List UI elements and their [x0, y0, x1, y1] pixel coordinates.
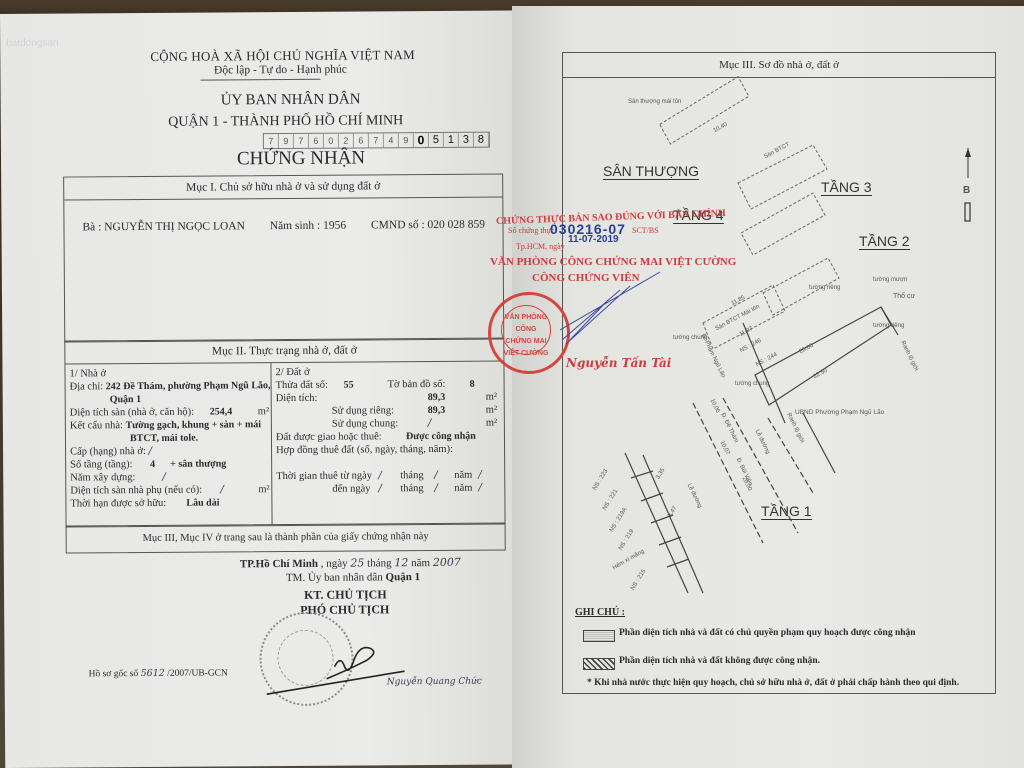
- old-land-label: Thổ cư: [893, 293, 915, 300]
- footnote: * Khi nhà nước thực hiện quy hoạch, chủ …: [587, 678, 959, 688]
- notary-seal: VĂN PHÒNG CÔNG CHỨNG MAI VIỆT CƯỜNG: [488, 292, 570, 374]
- notes-heading: GHI CHÚ :: [575, 607, 625, 618]
- label: Đất được giao hoặc thuê:: [276, 431, 382, 443]
- notary-name: Nguyễn Tấn Tài: [566, 356, 671, 370]
- floor-label-3: TẦNG 3: [821, 179, 872, 196]
- serial-digit: 4: [384, 133, 399, 147]
- aux-area-value: /: [220, 483, 224, 496]
- address-value: 242 Đề Thám, phường Phạm Ngũ Lão,: [106, 380, 271, 392]
- section-property: Mục II. Thực trạng nhà ở, đất ở 1/ Nhà ở…: [64, 337, 505, 527]
- shared-wall-label: tường chung: [735, 381, 769, 387]
- label: Hồ sơ gốc số: [89, 669, 139, 679]
- label: năm: [454, 469, 472, 482]
- own-wall-label: tường riêng: [873, 323, 904, 329]
- issue-date-line: TP.Hồ Chí Minh , ngày 25 tháng 12 năm 20…: [240, 556, 461, 571]
- notary-date-label: Tp.HCM, ngày: [516, 242, 565, 251]
- label: Cấp (hạng) nhà ở:: [70, 446, 146, 458]
- district: Quận 1: [385, 571, 420, 583]
- floor-label-1: TẦNG 1: [761, 503, 812, 520]
- serial-digit: 6: [354, 133, 369, 147]
- serial-digit: 9: [279, 134, 294, 148]
- label: Diện tích sàn (nhà ở, căn hộ):: [70, 407, 194, 419]
- country-name: CỘNG HOÀ XÃ HỘI CHỦ NGHĨA VIỆT NAM: [150, 47, 410, 65]
- year-value: 2007: [433, 556, 461, 569]
- label: Diện tích:: [276, 393, 318, 404]
- plot-value: 55: [344, 379, 354, 392]
- on-behalf-line: TM. Ủy ban nhân dân Quận 1: [286, 571, 420, 584]
- label: tháng: [400, 482, 423, 495]
- label: Diện tích sàn nhà phụ (nếu có):: [70, 485, 202, 497]
- grade-value: /: [148, 445, 152, 457]
- label: Sử dụng riêng:: [332, 404, 394, 417]
- rooftop-note: Sân thượng mái tôn: [628, 99, 681, 105]
- notary-office: VĂN PHÒNG CÔNG CHỨNG MAI VIỆT CƯỜNG: [490, 256, 736, 268]
- value: /: [434, 482, 438, 495]
- serial-digit: 3: [459, 133, 474, 147]
- unit: m²: [258, 405, 269, 418]
- serial-digit: 2: [339, 134, 354, 148]
- on-behalf: TM. Ủy ban nhân dân: [286, 571, 383, 584]
- label: Số tầng (tầng):: [70, 459, 132, 470]
- label: tháng: [400, 469, 423, 482]
- signer-role-1: KT. CHỦ TỊCH: [304, 587, 387, 603]
- unit: m²: [486, 404, 497, 417]
- notary-cert-suffix: SCT/BS: [632, 226, 659, 235]
- serial-digit: 9: [399, 133, 414, 147]
- value: /: [378, 482, 382, 495]
- notary-date: 11-07-2019: [568, 234, 619, 245]
- value: /: [478, 469, 482, 482]
- tenure-value: Lâu dài: [186, 496, 219, 509]
- legend-item-1: Phần diện tích nhà và đất có chủ quyền p…: [619, 628, 916, 638]
- document-title: CHỨNG NHẬN: [201, 147, 401, 170]
- shared-area-value: /: [428, 417, 432, 430]
- section-note: Mục III, Mục IV ở trang sau là thành phầ…: [66, 522, 506, 553]
- address-value: Quận 1: [110, 394, 141, 405]
- file-number: 5612: [141, 668, 165, 679]
- label: Tờ bản đồ số:: [388, 378, 446, 391]
- value: /: [434, 469, 438, 482]
- label: Sử dụng chung:: [332, 417, 398, 430]
- label: , ngày: [321, 558, 348, 570]
- label: năm: [454, 482, 472, 495]
- ward-office-label: UBND Phường Phạm Ngũ Lão: [795, 409, 884, 416]
- label: Thời hạn được sở hữu:: [70, 498, 166, 510]
- allocation-value: Được công nhận: [406, 430, 476, 443]
- place: TP.Hồ Chí Minh: [240, 558, 318, 571]
- label: Kết cấu nhà:: [70, 420, 123, 431]
- borrowed-wall-label: tường mượn: [873, 277, 907, 283]
- serial-digit: 0: [414, 133, 429, 147]
- serial-digit: 1: [444, 133, 459, 147]
- serial-digit: 0: [324, 134, 339, 148]
- label: đến ngày: [332, 482, 370, 495]
- birth-year: Năm sinh : 1956: [270, 220, 346, 233]
- day-value: 25: [350, 556, 364, 569]
- area-value: 89,3: [428, 391, 446, 404]
- year-built-value: /: [162, 471, 166, 484]
- section-title: Mục II. Thực trạng nhà ở, đất ở: [65, 338, 503, 364]
- owner-line: Bà : NGUYỄN THỊ NGỌC LOAN Năm sinh : 195…: [82, 218, 507, 233]
- motto-underline: [200, 79, 320, 81]
- floor-label-rooftop: SÂN THƯỢNG: [603, 163, 699, 180]
- section-title: Mục I. Chủ sở hữu nhà ở và sử dụng đất ở: [64, 174, 502, 200]
- floor-area-value: 254,4: [210, 405, 233, 418]
- serial-digit: 8: [474, 133, 489, 147]
- certificate-front-page: batdongsan CỘNG HOÀ XÃ HỘI CHỦ NGHĨA VIỆ…: [0, 10, 525, 768]
- owner-name: Bà : NGUYỄN THỊ NGỌC LOAN: [82, 220, 244, 233]
- label: Năm xây dựng:: [70, 472, 135, 483]
- authority: ỦY BAN NHÂN DÂN: [171, 91, 411, 110]
- watermark: batdongsan: [6, 38, 58, 49]
- serial-digit: 6: [309, 134, 324, 148]
- floor-label-2: TẦNG 2: [859, 233, 910, 250]
- id-number: CMND số : 020 028 859: [371, 219, 485, 232]
- notary-signature-stroke: [560, 270, 680, 350]
- unit: m²: [258, 483, 269, 496]
- structure-value: BTCT, mái tole.: [130, 433, 198, 444]
- value: /: [478, 482, 482, 495]
- value: /: [378, 469, 382, 482]
- label: tháng: [367, 557, 392, 569]
- serial-digit: 7: [294, 134, 309, 148]
- private-area-value: 89,3: [428, 404, 446, 417]
- file-suffix: /2007/UB-GCN: [167, 668, 228, 678]
- file-reference: Hồ sơ gốc số 5612 /2007/UB-GCN: [89, 667, 228, 679]
- floors-extra: + sân thượng: [170, 457, 226, 470]
- unit: m²: [486, 391, 497, 404]
- notary-seal-text: VĂN PHÒNG CÔNG CHỨNG MAI VIỆT CƯỜNG: [501, 305, 551, 355]
- serial-digit: 7: [264, 134, 279, 148]
- section-site-plan: Mục III. Sơ đồ nhà ở, đất ở: [562, 52, 996, 694]
- floors-value: 4: [150, 458, 155, 471]
- house-details: 1/ Nhà ở Địa chỉ: 242 Đề Thám, phường Ph…: [69, 366, 270, 510]
- district: QUẬN 1 - THÀNH PHỐ HỒ CHÍ MINH: [151, 113, 421, 131]
- motto: Độc lập - Tự do - Hạnh phúc: [190, 63, 370, 76]
- label: Thửa đất số:: [276, 380, 328, 391]
- legend-item-2: Phần diện tích nhà và đất không được côn…: [619, 656, 820, 666]
- serial-digit: 5: [429, 133, 444, 147]
- label: Địa chỉ:: [70, 381, 104, 392]
- map-value: 8: [470, 378, 475, 391]
- legend-swatch-dotted: [583, 630, 615, 642]
- column-divider: [270, 362, 272, 525]
- unit: m²: [486, 417, 497, 430]
- section-owner: Mục I. Chủ sở hữu nhà ở và sử dụng đất ở…: [63, 173, 504, 342]
- month-value: 12: [394, 556, 408, 569]
- label: Thời gian thuê từ ngày: [276, 470, 372, 482]
- legend-swatch-hatched: [583, 658, 615, 670]
- land-details: 2/ Đất ở Thửa đất số:55Tờ bản đồ số:8 Di…: [275, 365, 500, 497]
- own-wall-label: tường riêng: [809, 285, 840, 291]
- north-label: B: [963, 185, 970, 196]
- signature-stroke: [264, 631, 404, 702]
- signer-name: Nguyễn Quang Chức: [387, 677, 482, 688]
- label: năm: [411, 557, 430, 569]
- serial-digit: 7: [369, 133, 384, 147]
- structure-value: Tường gạch, khung + sàn + mái: [126, 419, 262, 431]
